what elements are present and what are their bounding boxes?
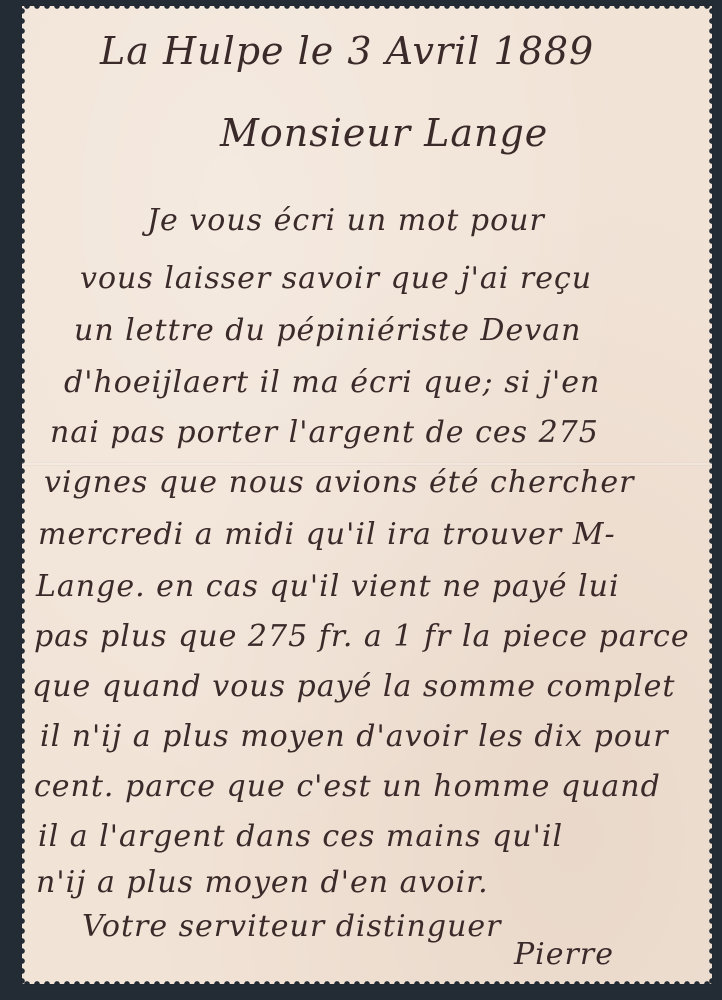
body-line-13: il a l'argent dans ces mains qu'il [38, 822, 563, 852]
body-line-10: que quand vous payé la somme complet [32, 672, 675, 702]
body-line-7: mercredi a midi qu'il ira trouver M- [38, 520, 616, 550]
place-date: La Hulpe le 3 Avril 1889 [100, 32, 594, 70]
body-line-4: d'hoeijlaert il ma écri que; si j'en [64, 368, 600, 398]
body-line-3: un lettre du pépiniériste Devan [74, 316, 581, 346]
body-line-5: nai pas porter l'argent de ces 275 [50, 418, 599, 448]
body-line-1: Je vous écri un mot pour [147, 206, 545, 236]
body-line-14: n'ij a plus moyen d'en avoir. [36, 868, 489, 898]
body-line-6: vignes que nous avions été chercher [44, 468, 634, 498]
body-line-12: cent. parce que c'est un homme quand [34, 772, 661, 802]
perforated-edge-bottom [22, 978, 712, 984]
signature: Pierre [514, 940, 614, 970]
closing: Votre serviteur distinguer [82, 912, 502, 942]
perforated-edge-left [22, 6, 28, 984]
body-line-11: il n'ij a plus moyen d'avoir les dix pou… [40, 722, 669, 752]
letter-sheet: La Hulpe le 3 Avril 1889 Monsieur Lange … [22, 6, 712, 984]
body-line-2: vous laisser savoir que j'ai reçu [80, 264, 592, 294]
salutation: Monsieur Lange [220, 114, 548, 152]
body-line-8: Lange. en cas qu'il vient ne payé lui [36, 572, 620, 602]
perforated-edge-right [706, 6, 712, 984]
perforated-edge-top [22, 6, 712, 12]
body-line-9: pas plus que 275 fr. a 1 fr la piece par… [34, 622, 690, 652]
